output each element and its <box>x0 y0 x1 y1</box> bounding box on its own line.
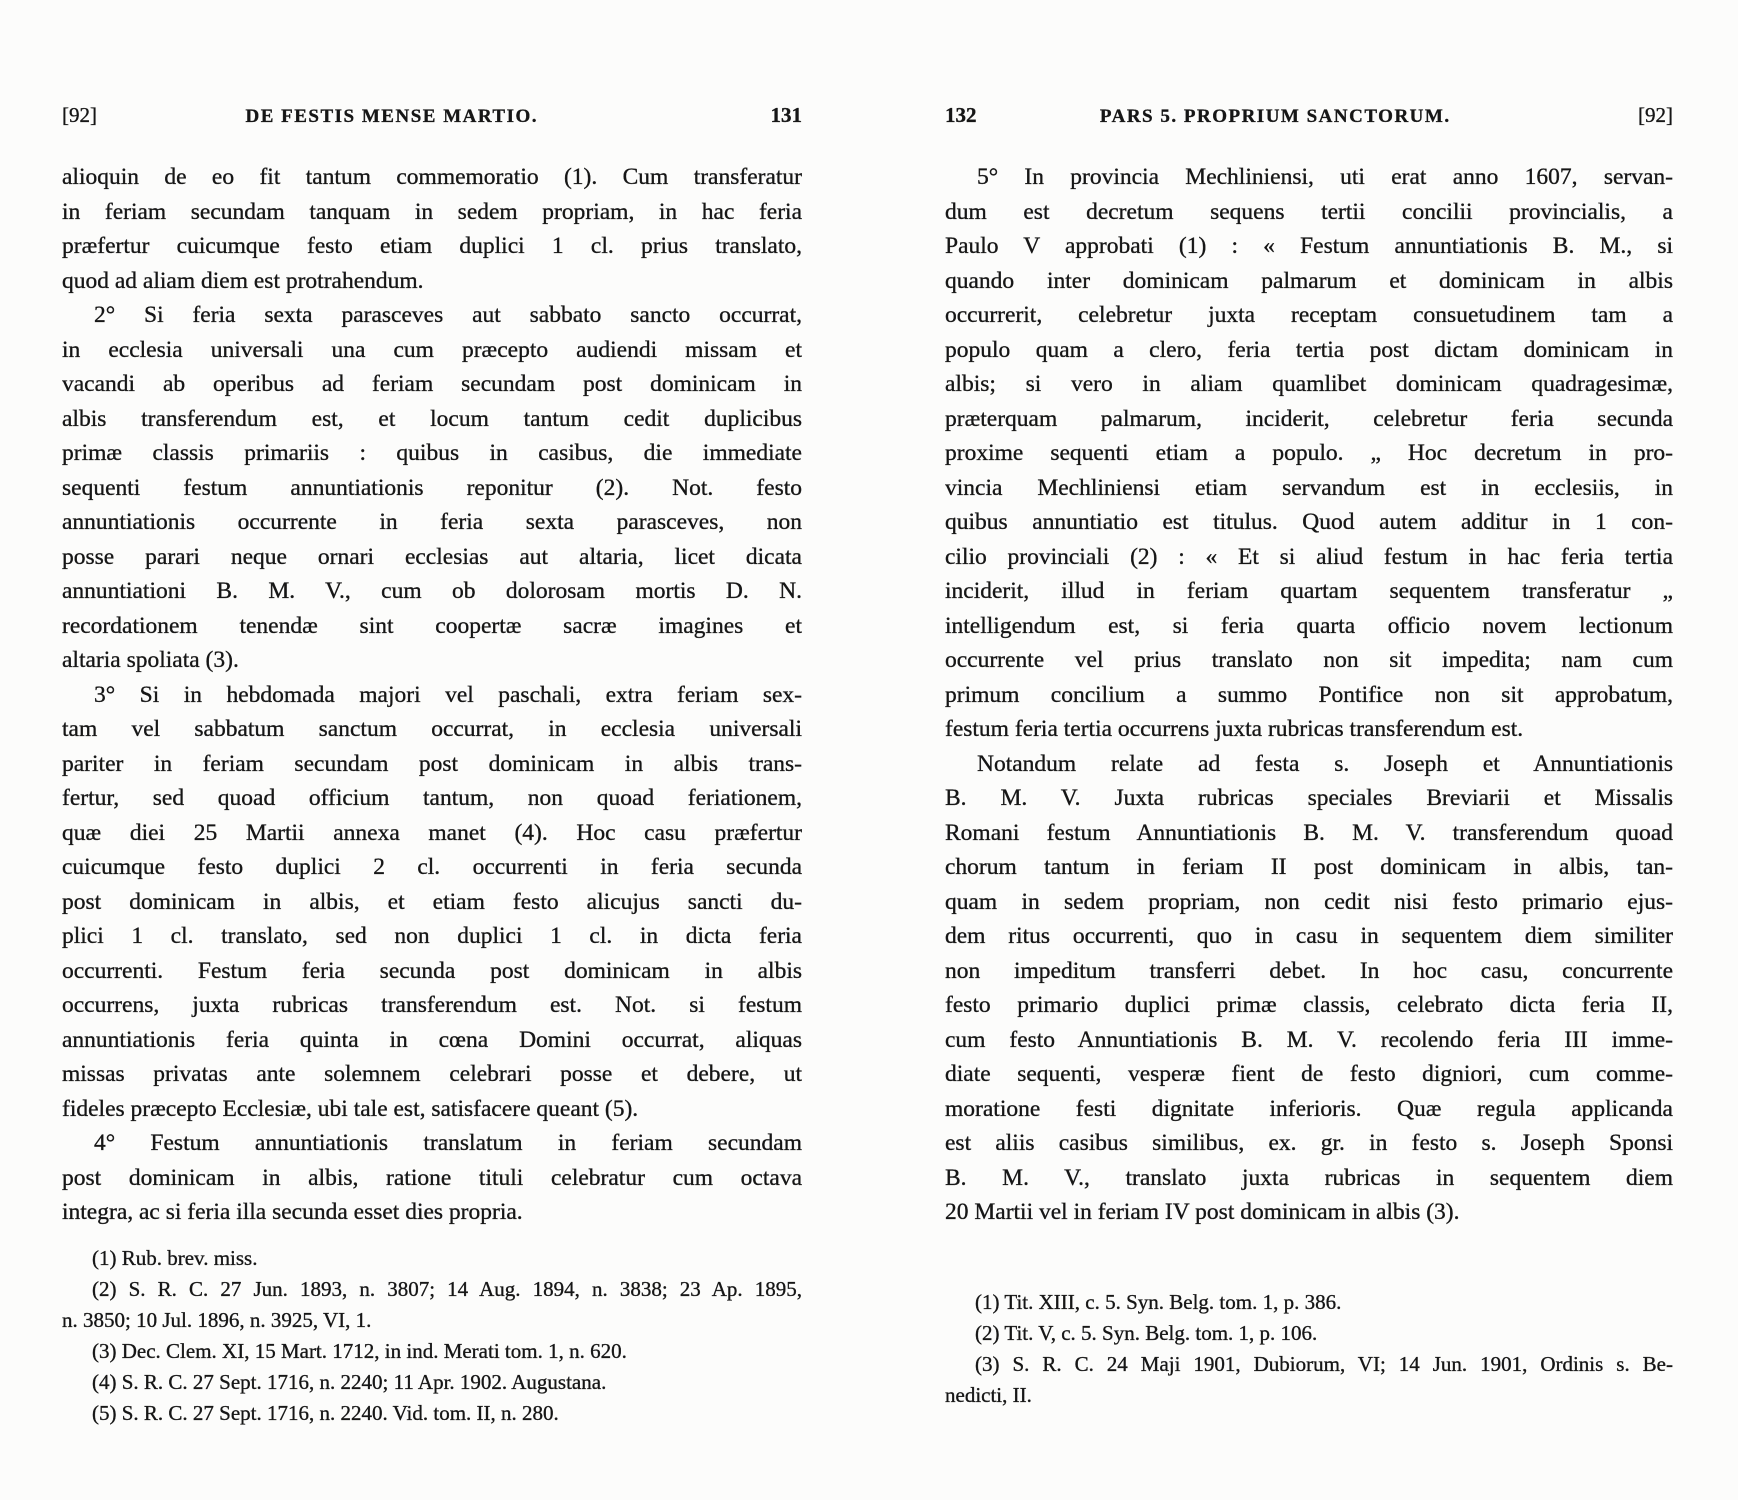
body-text-line: albis; si vero in aliam quamlibet domini… <box>945 367 1673 402</box>
body-text-line: proxime sequenti etiam a populo. „ Hoc d… <box>945 436 1673 471</box>
body-text-line: præfertur cuicumque festo etiam duplici … <box>62 229 802 264</box>
right-page: 132 PARS 5. PROPRIUM SANCTORUM. [92] 5° … <box>945 103 1673 1411</box>
body-text-line: alioquin de eo fit tantum commemoratio (… <box>62 160 802 195</box>
right-running-title: PARS 5. PROPRIUM SANCTORUM. <box>945 106 1607 128</box>
footnote-line: (3) Dec. Clem. XI, 15 Mart. 1712, in ind… <box>62 1336 802 1367</box>
body-text-line: annuntiationis feria quinta in cœna Domi… <box>62 1023 802 1058</box>
body-text-line: primæ classis primariis : quibus in casi… <box>62 436 802 471</box>
body-text-line: inciderit, illud in feriam quartam seque… <box>945 574 1673 609</box>
body-text-line: 4° Festum annuntiationis translatum in f… <box>62 1126 802 1161</box>
left-page: [92] DE FESTIS MENSE MARTIO. 131 alioqui… <box>62 103 802 1429</box>
body-text-line: dum est decretum sequens tertii concilii… <box>945 195 1673 230</box>
body-text-line: tam vel sabbatum sanctum occurrat, in ec… <box>62 712 802 747</box>
body-text-line: occurrente vel prius translato non sit i… <box>945 643 1673 678</box>
body-text-line: in feriam secundam tanquam in sedem prop… <box>62 195 802 230</box>
right-body-text: 5° In provincia Mechliniensi, uti erat a… <box>945 160 1673 1230</box>
body-text-line: annuntiationi B. M. V., cum ob dolorosam… <box>62 574 802 609</box>
body-text-line: quibus annuntiatio est titulus. Quod aut… <box>945 505 1673 540</box>
body-text-line: missas privatas ante solemnem celebrari … <box>62 1057 802 1092</box>
body-text-line: chorum tantum in feriam II post dominica… <box>945 850 1673 885</box>
body-text-line: est aliis casibus similibus, ex. gr. in … <box>945 1126 1673 1161</box>
body-text-line: recordationem tenendæ sint coopertæ sacr… <box>62 609 802 644</box>
body-text-line: fertur, sed quoad officium tantum, non q… <box>62 781 802 816</box>
left-body-text: alioquin de eo fit tantum commemoratio (… <box>62 160 802 1230</box>
body-text-line: cum festo Annuntiationis B. M. V. recole… <box>945 1023 1673 1058</box>
right-running-head: 132 PARS 5. PROPRIUM SANCTORUM. [92] <box>945 103 1673 131</box>
body-text-line: quod ad aliam diem est protrahendum. <box>62 264 802 299</box>
footnote-line: (1) Tit. XIII, c. 5. Syn. Belg. tom. 1, … <box>945 1287 1673 1318</box>
body-text-line: occurrerit, celebretur juxta receptam co… <box>945 298 1673 333</box>
right-footnotes: (1) Tit. XIII, c. 5. Syn. Belg. tom. 1, … <box>945 1287 1673 1411</box>
body-text-line: albis transferendum est, et locum tantum… <box>62 402 802 437</box>
body-text-line: cuicumque festo duplici 2 cl. occurrenti… <box>62 850 802 885</box>
body-text-line: in ecclesia universali una cum præcepto … <box>62 333 802 368</box>
body-text-line: annuntiationis occurrente in feria sexta… <box>62 505 802 540</box>
footnote-line: (1) Rub. brev. miss. <box>62 1243 802 1274</box>
left-running-title: DE FESTIS MENSE MARTIO. <box>55 106 729 128</box>
footnote-line: n. 3850; 10 Jul. 1896, n. 3925, VI, 1. <box>62 1305 802 1336</box>
body-text-line: cilio provinciali (2) : « Et si aliud fe… <box>945 540 1673 575</box>
footnote-line: (2) S. R. C. 27 Jun. 1893, n. 3807; 14 A… <box>62 1274 802 1305</box>
body-text-line: moratione festi dignitate inferioris. Qu… <box>945 1092 1673 1127</box>
body-text-line: festo primario duplici primæ classis, ce… <box>945 988 1673 1023</box>
body-text-line: fideles præcepto Ecclesiæ, ubi tale est,… <box>62 1092 802 1127</box>
footnote-line: (5) S. R. C. 27 Sept. 1716, n. 2240. Vid… <box>62 1398 802 1429</box>
body-text-line: Notandum relate ad festa s. Joseph et An… <box>945 747 1673 782</box>
body-text-line: quando inter dominicam palmarum et domin… <box>945 264 1673 299</box>
body-text-line: dem ritus occurrenti, quo in casu in seq… <box>945 919 1673 954</box>
footnote-line: nedicti, II. <box>945 1380 1673 1411</box>
body-text-line: populo quam a clero, feria tertia post d… <box>945 333 1673 368</box>
body-text-line: præterquam palmarum, inciderit, celebret… <box>945 402 1673 437</box>
body-text-line: primum concilium a summo Pontifice non s… <box>945 678 1673 713</box>
body-text-line: post dominicam in albis, et etiam festo … <box>62 885 802 920</box>
footnote-line: (2) Tit. V, c. 5. Syn. Belg. tom. 1, p. … <box>945 1318 1673 1349</box>
body-text-line: occurrenti. Festum feria secunda post do… <box>62 954 802 989</box>
body-text-line: intelligendum est, si feria quarta offic… <box>945 609 1673 644</box>
body-text-line: B. M. V., translato juxta rubricas in se… <box>945 1161 1673 1196</box>
body-text-line: 2° Si feria sexta parasceves aut sabbato… <box>62 298 802 333</box>
left-running-head: [92] DE FESTIS MENSE MARTIO. 131 <box>62 103 802 131</box>
body-text-line: B. M. V. Juxta rubricas speciales Brevia… <box>945 781 1673 816</box>
body-text-line: pariter in feriam secundam post dominica… <box>62 747 802 782</box>
body-text-line: vacandi ab operibus ad feriam secundam p… <box>62 367 802 402</box>
body-text-line: 20 Martii vel in feriam IV post dominica… <box>945 1195 1673 1230</box>
body-text-line: quæ diei 25 Martii annexa manet (4). Hoc… <box>62 816 802 851</box>
body-text-line: quam in sedem propriam, non cedit nisi f… <box>945 885 1673 920</box>
body-text-line: vincia Mechliniensi etiam servandum est … <box>945 471 1673 506</box>
left-page-number: 131 <box>771 103 803 128</box>
right-section-number: [92] <box>1638 103 1673 128</box>
left-footnotes: (1) Rub. brev. miss.(2) S. R. C. 27 Jun.… <box>62 1243 802 1429</box>
body-text-line: non impeditum transferri debet. In hoc c… <box>945 954 1673 989</box>
footnote-line: (4) S. R. C. 27 Sept. 1716, n. 2240; 11 … <box>62 1367 802 1398</box>
body-text-line: 5° In provincia Mechliniensi, uti erat a… <box>945 160 1673 195</box>
book-scan-spread: [92] DE FESTIS MENSE MARTIO. 131 alioqui… <box>0 0 1738 1500</box>
body-text-line: integra, ac si feria illa secunda esset … <box>62 1195 802 1230</box>
body-text-line: occurrens, juxta rubricas transferendum … <box>62 988 802 1023</box>
body-text-line: festum feria tertia occurrens juxta rubr… <box>945 712 1673 747</box>
body-text-line: posse parari neque ornari ecclesias aut … <box>62 540 802 575</box>
footnote-line: (3) S. R. C. 24 Maji 1901, Dubiorum, VI;… <box>945 1349 1673 1380</box>
body-text-line: sequenti festum annuntiationis reponitur… <box>62 471 802 506</box>
body-text-line: Romani festum Annuntiationis B. M. V. tr… <box>945 816 1673 851</box>
body-text-line: altaria spoliata (3). <box>62 643 802 678</box>
body-text-line: Paulo V approbati (1) : « Festum annunti… <box>945 229 1673 264</box>
body-text-line: plici 1 cl. translato, sed non duplici 1… <box>62 919 802 954</box>
body-text-line: post dominicam in albis, ratione tituli … <box>62 1161 802 1196</box>
body-text-line: 3° Si in hebdomada majori vel paschali, … <box>62 678 802 713</box>
body-text-line: diate sequenti, vesperæ fient de festo d… <box>945 1057 1673 1092</box>
